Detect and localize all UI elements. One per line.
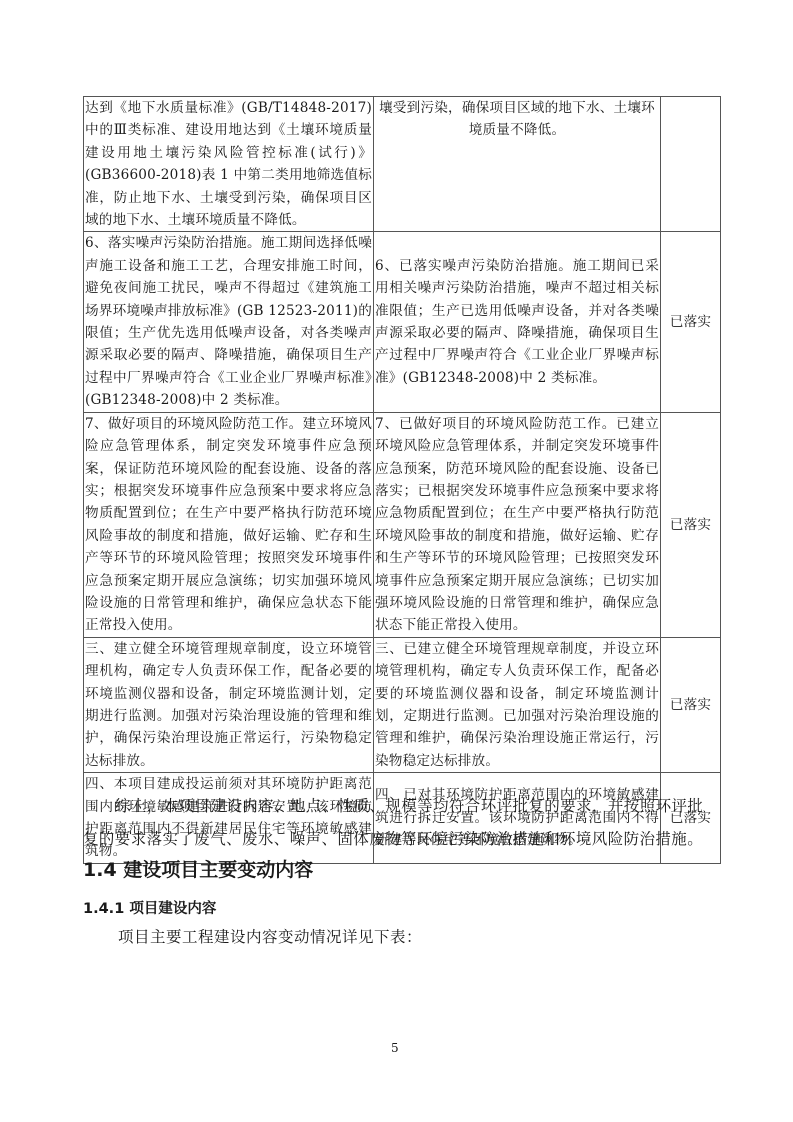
- table-row: 7、做好项目的环境风险防范工作。建立环境风险应急管理体系，制定突发环境事件应急预…: [84, 412, 721, 637]
- table-row: 6、落实噪声污染防治措施。施工期间选择低噪声施工设备和施工工艺，合理安排施工时间…: [84, 232, 721, 412]
- page-number: 5: [391, 1041, 399, 1055]
- requirement-cell: 三、建立健全环境管理规章制度，设立环境管理机构，确定专人负责环保工作，配备必要的…: [84, 637, 374, 772]
- document-page: 达到《地下水质量标准》(GB/T14848-2017)中的Ⅲ类标准、建设用地达到…: [0, 0, 793, 1122]
- intro-text: 项目主要工程建设内容变动情况详见下表：: [118, 922, 422, 952]
- requirement-cell: 7、做好项目的环境风险防范工作。建立环境风险应急管理体系，制定突发环境事件应急预…: [84, 412, 374, 637]
- approval-compliance-table: 达到《地下水质量标准》(GB/T14848-2017)中的Ⅲ类标准、建设用地达到…: [83, 96, 721, 864]
- section-heading: 1.4 建设项目主要变动内容: [83, 855, 313, 885]
- requirement-cell: 达到《地下水质量标准》(GB/T14848-2017)中的Ⅲ类标准、建设用地达到…: [84, 97, 374, 232]
- implementation-cell: 7、已做好项目的环境风险防范工作。已建立环境风险应急管理体系，并制定突发环境事件…: [374, 412, 661, 637]
- summary-paragraph: 综上，本项目建设内容、地点、性质、规模等均符合环评批复的要求，并按照环评批复的要…: [83, 790, 717, 856]
- status-cell: 已落实: [661, 412, 721, 637]
- implementation-cell: 三、已建立健全环境管理规章制度，并设立环境管理机构，确定专人负责环保工作，配备必…: [374, 637, 661, 772]
- table-row: 三、建立健全环境管理规章制度，设立环境管理机构，确定专人负责环保工作，配备必要的…: [84, 637, 721, 772]
- status-cell: 已落实: [661, 637, 721, 772]
- implementation-cell: 壤受到污染，确保项目区域的地下水、土壤环境质量不降低。: [374, 97, 661, 232]
- subsection-heading: 1.4.1 项目建设内容: [83, 897, 216, 921]
- status-cell: [661, 97, 721, 232]
- implementation-cell: 6、已落实噪声污染防治措施。施工期间已采用相关噪声污染防治措施，噪声不超过相关标…: [374, 232, 661, 412]
- table-row: 达到《地下水质量标准》(GB/T14848-2017)中的Ⅲ类标准、建设用地达到…: [84, 97, 721, 232]
- requirement-cell: 6、落实噪声污染防治措施。施工期间选择低噪声施工设备和施工工艺，合理安排施工时间…: [84, 232, 374, 412]
- status-cell: 已落实: [661, 232, 721, 412]
